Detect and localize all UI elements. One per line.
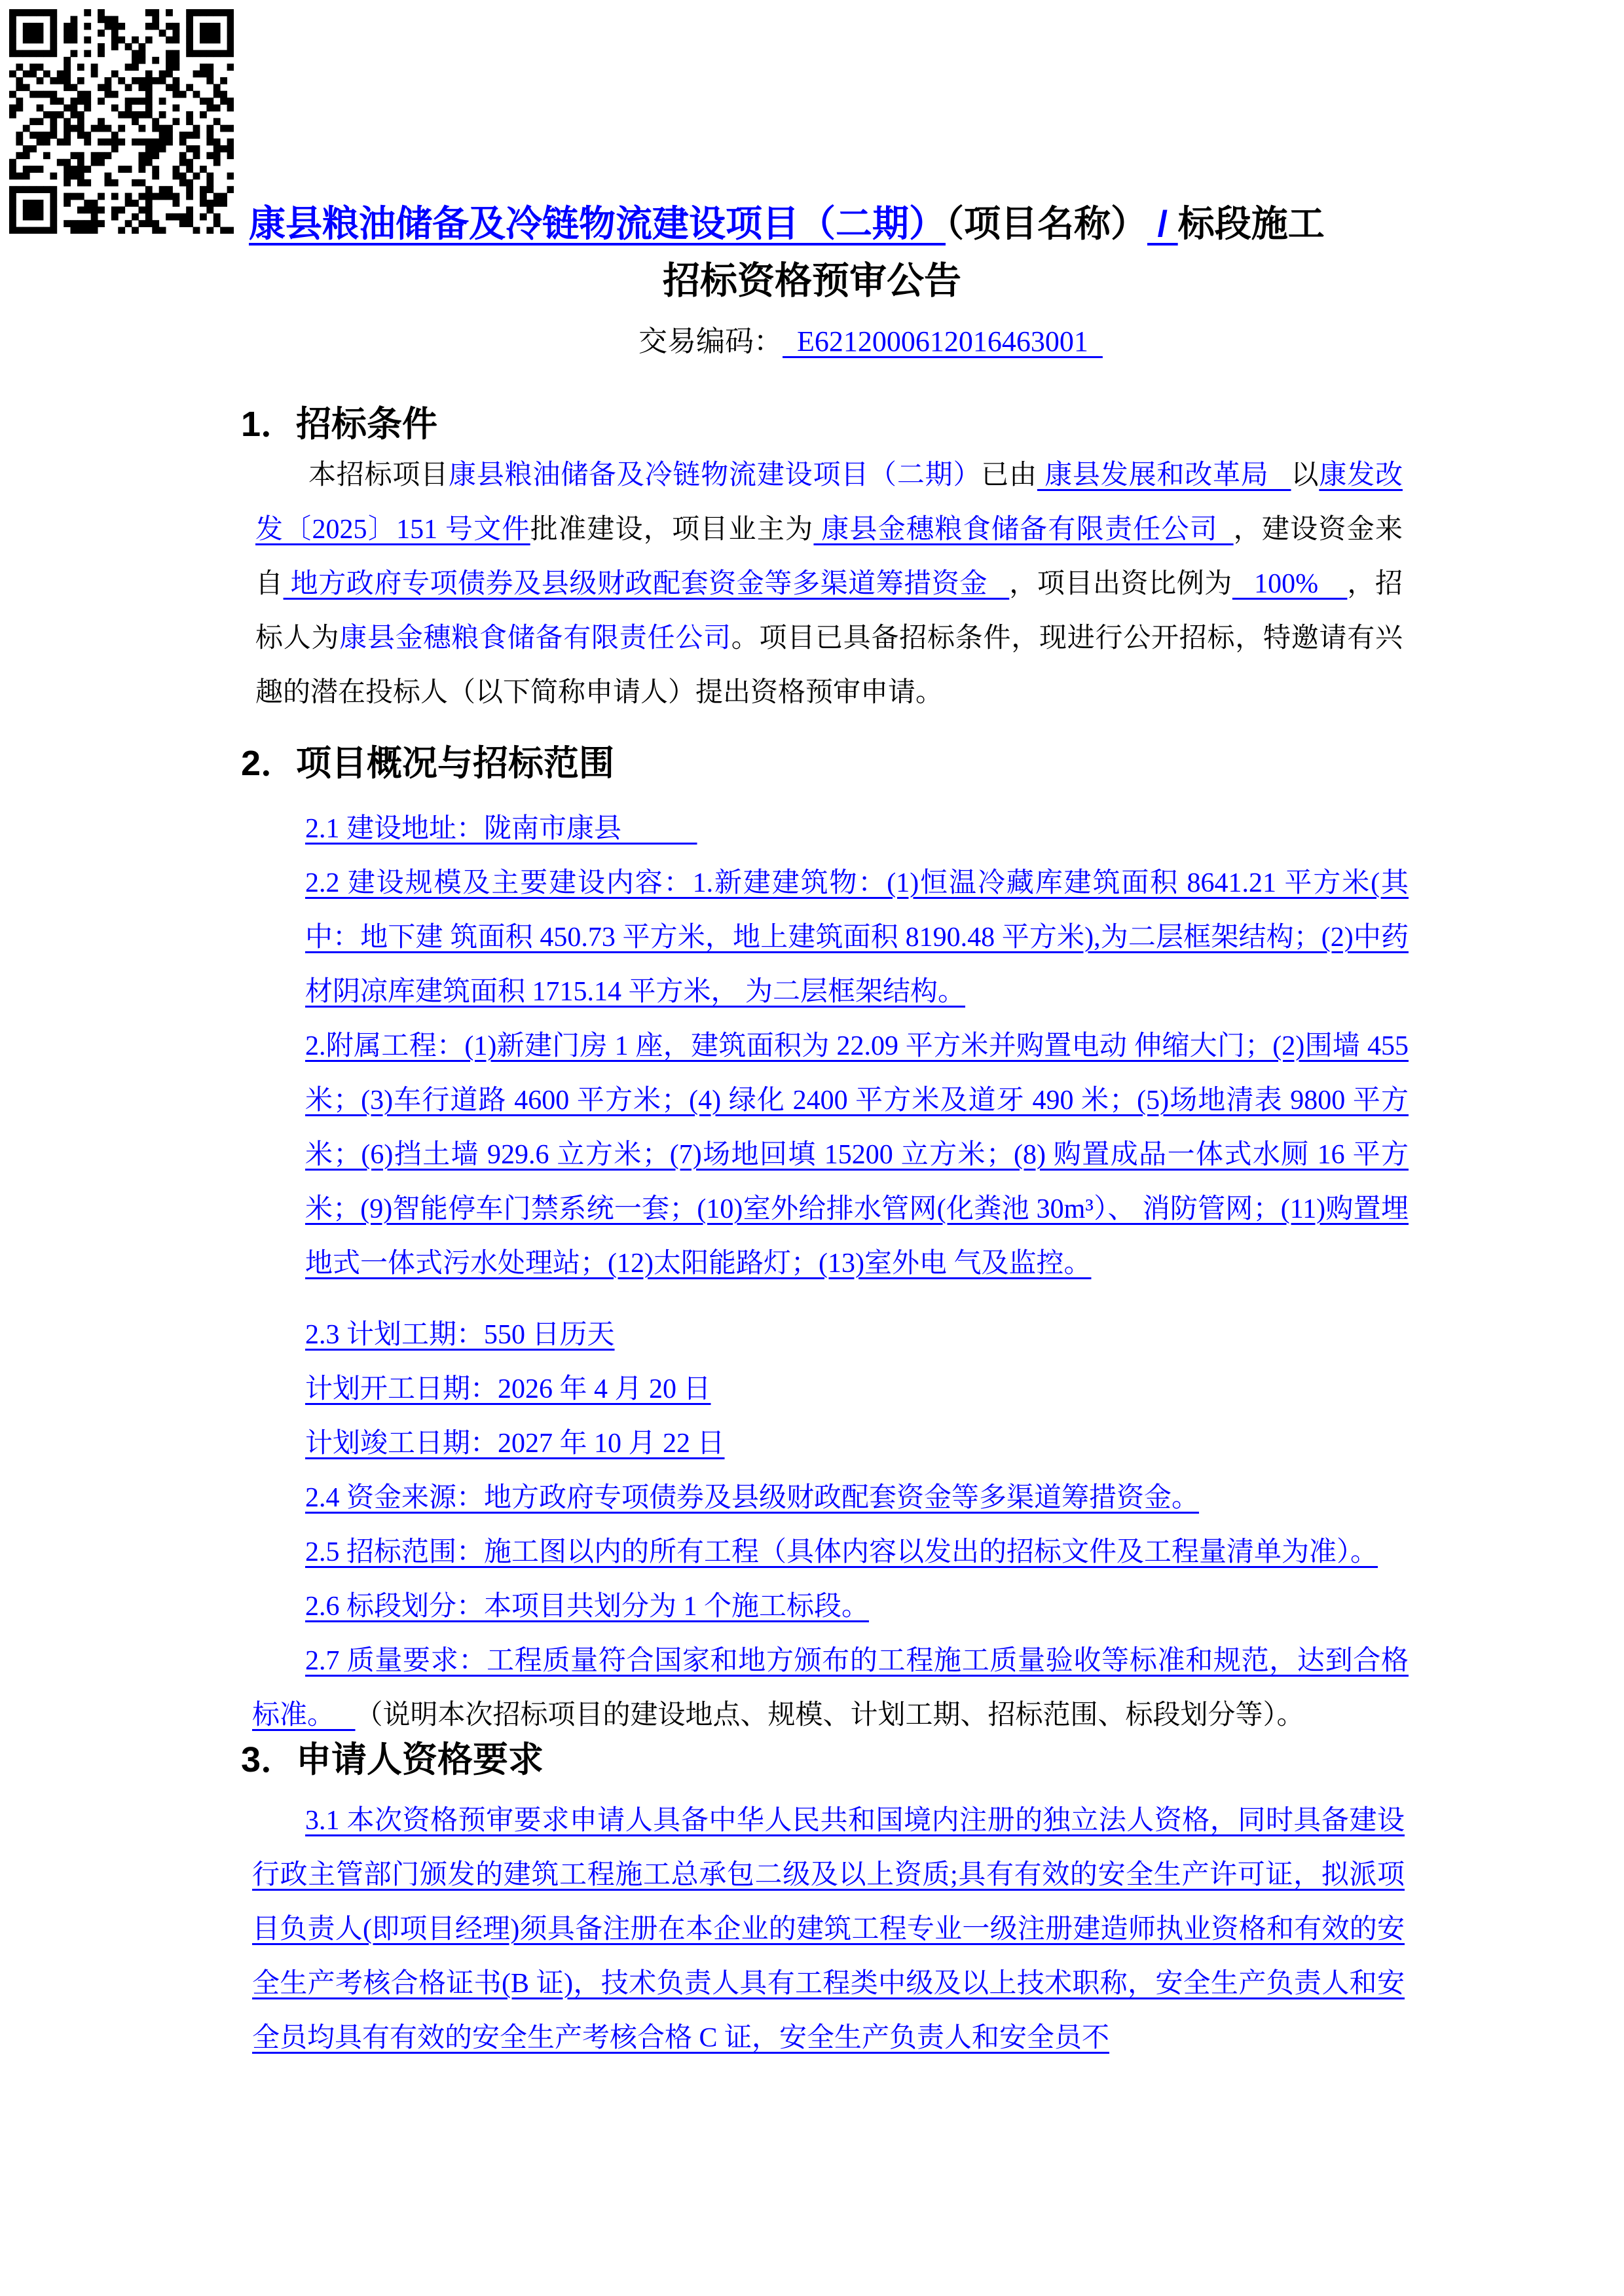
funding-ratio: 100%: [1232, 569, 1348, 599]
project-name-note: （项目名称）: [946, 203, 1147, 244]
approval-authority: 康县发展和改革局: [1037, 460, 1291, 490]
item-completion-date: 计划竣工日期：2027 年 10 月 22 日: [252, 1417, 1409, 1471]
item-2-2-scale: 2.2 建设规模及主要建设内容：1.新建建筑物：(1)恒温冷藏库建筑面积 864…: [252, 856, 1409, 1019]
announcement-page: 康县粮油储备及冷链物流建设项目（二期）（项目名称） / 标段施工 招标资格预审公…: [0, 0, 1624, 2296]
section-3-heading: 3．申请人资格要求: [241, 1740, 544, 1779]
item-2-2-auxiliary-works: 2.附属工程：(1)新建门房 1 座，建筑面积为 22.09 平方米并购置电动 …: [252, 1019, 1409, 1291]
funding-source-inline: 地方政府专项债券及县级财政配套资金等多渠道筹措资金: [284, 569, 1010, 599]
text-run: 批准建设，项目业主为: [530, 515, 814, 545]
transaction-code-line: 交易编码： E6212000612016463001: [638, 325, 1103, 359]
section-2-heading: 2．项目概况与招标范围: [241, 744, 614, 783]
item-start-date: 计划开工日期：2026 年 4 月 20 日: [252, 1362, 1409, 1417]
qualification-requirements: 3.1 本次资格预审要求申请人具备中华人民共和国境内注册的独立法人资格，同时具备…: [252, 1806, 1405, 2053]
section-2-items: 2.1 建设地址：陇南市康县 2.2 建设规模及主要建设内容：1.新建建筑物：(…: [252, 802, 1409, 1743]
section-3-paragraph: 3.1 本次资格预审要求申请人具备中华人民共和国境内注册的独立法人资格，同时具备…: [252, 1794, 1405, 2066]
section-1-heading: 1．招标条件: [241, 405, 437, 444]
text-run: 已由: [981, 460, 1037, 490]
transaction-code-label: 交易编码：: [638, 325, 783, 357]
text-run: 本招标项目: [308, 460, 449, 490]
text-run: 以: [1291, 460, 1319, 490]
document-title-line2: 招标资格预审公告: [0, 261, 1624, 301]
project-name: 康县粮油储备及冷链物流建设项目（二期）: [249, 203, 946, 244]
qr-code: [9, 9, 234, 234]
item-2-1-address: 2.1 建设地址：陇南市康县: [252, 802, 1409, 856]
document-title-line1: 康县粮油储备及冷链物流建设项目（二期）（项目名称） / 标段施工: [249, 203, 1421, 245]
project-name-inline: 康县粮油储备及冷链物流建设项目（二期）: [449, 460, 981, 490]
bid-section-slash: /: [1147, 203, 1178, 244]
quality-note: （说明本次招标项目的建设地点、规模、计划工期、招标范围、标段划分等）。: [356, 1700, 1304, 1730]
section-1-paragraph: 本招标项目康县粮油储备及冷链物流建设项目（二期）已由 康县发展和改革局 以康发改…: [255, 448, 1403, 720]
title-suffix: 标段施工: [1178, 203, 1325, 244]
transaction-code-value: E6212000612016463001: [783, 325, 1103, 357]
tenderee-name: 康县金穗粮食储备有限责任公司: [339, 623, 731, 653]
item-2-4-funding: 2.4 资金来源：地方政府专项债券及县级财政配套资金等多渠道筹措资金。: [252, 1471, 1409, 1525]
item-2-6-lots: 2.6 标段划分：本项目共划分为 1 个施工标段。: [252, 1580, 1409, 1634]
item-2-3-duration: 2.3 计划工期：550 日历天: [252, 1308, 1409, 1362]
text-run: ，项目出资比例为: [1009, 569, 1232, 599]
item-2-5-scope: 2.5 招标范围：施工图以内的所有工程（具体内容以发出的招标文件及工程量清单为准…: [252, 1525, 1409, 1580]
project-owner: 康县金穗粮食储备有限责任公司: [813, 515, 1233, 545]
item-2-7-quality: 2.7 质量要求：工程质量符合国家和地方颁布的工程施工质量验收等标准和规范，达到…: [252, 1634, 1409, 1743]
